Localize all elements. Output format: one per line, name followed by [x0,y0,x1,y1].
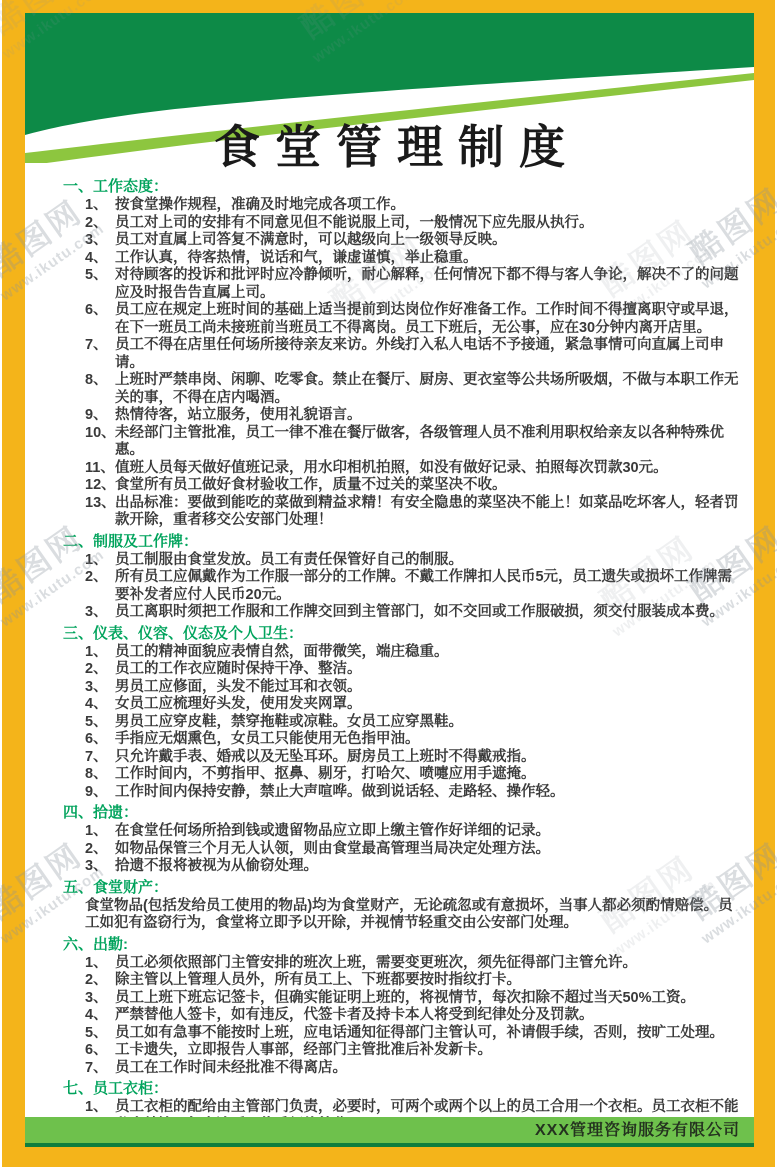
rule-item: 4、工作认真，待客热情，说话和气，谦虚谨慎，举止稳重。 [85,250,746,268]
rule-item-text: 员工应在规定上班时间的基础上适当提前到达岗位作好准备工作。工作时间不得擅离职守或… [115,302,739,336]
rule-item-text: 男员工应穿皮鞋，禁穿拖鞋或凉鞋。女员工应穿黑鞋。 [115,714,463,730]
rule-item-text: 按食堂操作规程，准确及时地完成各项工作。 [115,197,405,213]
rule-item-number: 7、 [85,337,108,355]
rule-item: 1、在食堂任何场所拾到钱或遗留物品应立即上缴主管作好详细的记录。 [85,823,746,841]
rule-item-text: 严禁替他人签卡，如有违反，代签卡者及持卡本人将受到纪律处分及罚款。 [115,1007,594,1023]
poster-header: 食堂管理制度 [25,13,754,175]
rule-item-text: 除主管以上管理人员外，所有员工上、下班都要按时指纹打卡。 [115,972,521,988]
rule-item-number: 2、 [85,972,108,990]
rule-item: 1、员工制服由食堂发放。员工有责任保管好自己的制服。 [85,552,746,570]
rule-item: 2、除主管以上管理人员外，所有员工上、下班都要按时指纹打卡。 [85,972,746,990]
rule-item: 1、员工衣柜的配给由主管部门负责，必要时，可两个或两个以上的员工合用一个衣柜。员… [85,1099,746,1117]
rule-item-text: 在食堂任何场所拾到钱或遗留物品应立即上缴主管作好详细的记录。 [115,823,550,839]
rule-item-text: 食堂所有员工做好食材验收工作，质量不过关的菜坚决不收。 [115,477,507,493]
rule-item-number: 10、 [85,425,116,443]
rule-item-number: 1、 [85,955,108,973]
rule-item-number: 13、 [85,495,116,513]
rule-item-text: 热情待客，站立服务，使用礼貌语言。 [115,407,362,423]
rule-item-number: 1、 [85,197,108,215]
rule-item-number: 6、 [85,731,108,749]
rule-item: 5、对待顾客的投诉和批评时应冷静倾听，耐心解释，任何情况下都不得与客人争论，解决… [85,267,746,302]
rule-item-number: 1、 [85,1099,108,1117]
rule-item-text: 工作时间内，不剪指甲、抠鼻、剔牙，打哈欠、喷嚏应用手遮掩。 [115,766,536,782]
rule-item: 6、手指应无烟熏色，女员工只能使用无色指甲油。 [85,731,746,749]
rule-item-number: 5、 [85,267,108,285]
rule-item-number: 7、 [85,749,108,767]
rule-item-text: 员工如有急事不能按时上班，应电话通知征得部门主管认可，补请假手续，否则，按旷工处… [115,1025,724,1041]
rule-item-number: 12、 [85,477,116,495]
rule-item-number: 2、 [85,841,108,859]
rule-item-number: 6、 [85,302,108,320]
section-heading: 二、制服及工作牌： [63,533,746,551]
rule-item: 3、员工上班下班忘记签卡，但确实能证明上班的，将视情节，每次扣除不超过当天50%… [85,990,746,1008]
rule-item-number: 5、 [85,714,108,732]
company-name: XXX管理咨询服务有限公司 [535,1122,740,1139]
rule-item-text: 对待顾客的投诉和批评时应冷静倾听，耐心解释，任何情况下都不得与客人争论，解决不了… [115,267,739,301]
rule-item-number: 8、 [85,372,108,390]
section-heading: 五、食堂财产： [63,879,746,897]
rule-item-number: 2、 [85,215,108,233]
rule-item-number: 9、 [85,407,108,425]
rule-item-text: 出品标准：要做到能吃的菜做到精益求精！有安全隐患的菜坚决不能上！如菜品吃坏客人，… [115,495,739,529]
rules-sections: 一、工作态度：1、按食堂操作规程，准确及时地完成各项工作。2、员工对上司的安排有… [25,178,754,1117]
rule-item: 4、严禁替他人签卡，如有违反，代签卡者及持卡本人将受到纪律处分及罚款。 [85,1007,746,1025]
rule-item-number: 3、 [85,858,108,876]
rule-item: 1、员工必须依照部门主管安排的班次上班，需要变更班次，须先征得部门主管允许。 [85,955,746,973]
rule-item: 9、工作时间内保持安静，禁止大声喧哗。做到说话轻、走路轻、操作轻。 [85,784,746,802]
rule-item-text: 男员工应修面，头发不能过耳和衣领。 [115,679,362,695]
section-heading: 六、出勤: [63,936,746,954]
rule-item: 9、热情待客，站立服务，使用礼貌语言。 [85,407,746,425]
rule-item-number: 4、 [85,1007,108,1025]
page-title: 食堂管理制度 [25,111,754,177]
rule-item: 3、员工对直属上司答复不满意时，可以越级向上一级领导反映。 [85,232,746,250]
rule-item: 4、女员工应梳理好头发，使用发夹网罩。 [85,696,746,714]
rule-item: 5、男员工应穿皮鞋，禁穿拖鞋或凉鞋。女员工应穿黑鞋。 [85,714,746,732]
rule-item: 5、员工如有急事不能按时上班，应电话通知征得部门主管认可，补请假手续，否则，按旷… [85,1025,746,1043]
rule-item-number: 2、 [85,661,108,679]
rule-item-number: 3、 [85,604,108,622]
rule-item-text: 只允许戴手表、婚戒以及无坠耳环。厨房员工上班时不得戴戒指。 [115,749,536,765]
rule-item-text: 值班人员每天做好值班记录，用水印相机拍照，如没有做好记录、拍照每次罚款30元。 [115,460,668,476]
rule-item: 2、所有员工应佩戴作为工作服一部分的工作牌。不戴工作牌扣人民币5元，员工遗失或损… [85,569,746,604]
rule-item-number: 3、 [85,990,108,1008]
rule-item-text: 女员工应梳理好头发，使用发夹网罩。 [115,696,362,712]
rule-item-text: 员工上班下班忘记签卡，但确实能证明上班的，将视情节，每次扣除不超过当天50%工资… [115,990,695,1006]
rule-item-text: 未经部门主管批准，员工一律不准在餐厅做客，各级管理人员不准利用职权给亲友以各种特… [115,425,724,459]
rule-item: 6、员工应在规定上班时间的基础上适当提前到达岗位作好准备工作。工作时间不得擅离职… [85,302,746,337]
rule-item-number: 4、 [85,696,108,714]
rule-item-number: 3、 [85,232,108,250]
rule-item-number: 5、 [85,1025,108,1043]
rule-item-text: 员工必须依照部门主管安排的班次上班，需要变更班次，须先征得部门主管允许。 [115,955,637,971]
rule-item: 7、只允许戴手表、婚戒以及无坠耳环。厨房员工上班时不得戴戒指。 [85,749,746,767]
rule-item: 3、男员工应修面，头发不能过耳和衣领。 [85,679,746,697]
rule-item-text: 拾遗不报将被视为从偷窃处理。 [115,858,318,874]
rule-item-text: 员工离职时须把工作服和工作牌交回到主管部门，如不交回或工作服破损，须交付服装成本… [115,604,724,620]
rule-item: 2、员工的工作衣应随时保持干净、整洁。 [85,661,746,679]
rule-item: 12、食堂所有员工做好食材验收工作，质量不过关的菜坚决不收。 [85,477,746,495]
rule-item: 7、员工不得在店里任何场所接待亲友来访。外线打入私人电话不予接通，紧急事情可向直… [85,337,746,372]
rule-item-text: 员工对上司的安排有不同意见但不能说服上司，一般情况下应先服从执行。 [115,215,594,231]
rule-item: 2、员工对上司的安排有不同意见但不能说服上司，一般情况下应先服从执行。 [85,215,746,233]
section-heading: 三、仪表、仪容、仪态及个人卫生： [63,625,746,643]
rule-item: 1、按食堂操作规程，准确及时地完成各项工作。 [85,197,746,215]
rule-item-text: 工卡遗失，立即报告人事部，经部门主管批准后补发新卡。 [115,1042,492,1058]
rule-item: 6、工卡遗失，立即报告人事部，经部门主管批准后补发新卡。 [85,1042,746,1060]
section-heading: 一、工作态度： [63,178,746,196]
section-paragraph: 食堂物品(包括发给员工使用的物品)均为食堂财产，无论疏忽或有意损坏，当事人都必须… [85,898,744,933]
rule-item-number: 6、 [85,1042,108,1060]
rule-item: 3、员工离职时须把工作服和工作牌交回到主管部门，如不交回或工作服破损，须交付服装… [85,604,746,622]
rule-item-number: 11、 [85,460,115,478]
rule-item-number: 2、 [85,569,108,587]
rule-item: 11、值班人员每天做好值班记录，用水印相机拍照，如没有做好记录、拍照每次罚款30… [85,460,746,478]
poster-frame: 食堂管理制度 一、工作态度：1、按食堂操作规程，准确及时地完成各项工作。2、员工… [2,0,775,1167]
rule-item: 8、工作时间内，不剪指甲、抠鼻、剔牙，打哈欠、喷嚏应用手遮掩。 [85,766,746,784]
rule-item-text: 员工的工作衣应随时保持干净、整洁。 [115,661,362,677]
section-heading: 七、员工衣柜： [63,1080,746,1098]
rule-item-text: 如物品保管三个月无人认领，则由食堂最高管理当局决定处理方法。 [115,841,550,857]
rule-item-text: 员工衣柜的配给由主管部门负责，必要时，可两个或两个以上的员工合用一个衣柜。员工衣… [115,1099,739,1117]
rule-item: 2、如物品保管三个月无人认领，则由食堂最高管理当局决定处理方法。 [85,841,746,859]
rule-item: 7、员工在工作时间未经批准不得离店。 [85,1060,746,1078]
rule-item-number: 1、 [85,552,108,570]
rule-item-text: 手指应无烟熏色，女员工只能使用无色指甲油。 [115,731,420,747]
rule-item: 1、员工的精神面貌应表情自然，面带微笑，端庄稳重。 [85,644,746,662]
rule-item-text: 员工在工作时间未经批准不得离店。 [115,1060,347,1076]
section-heading: 四、拾遗： [63,804,746,822]
rule-item-number: 3、 [85,679,108,697]
rule-item-number: 1、 [85,823,108,841]
rule-item-text: 员工不得在店里任何场所接待亲友来访。外线打入私人电话不予接通，紧急事情可向直属上… [115,337,724,371]
rule-item-text: 工作时间内保持安静，禁止大声喧哗。做到说话轻、走路轻、操作轻。 [115,784,565,800]
rule-item: 13、出品标准：要做到能吃的菜做到精益求精！有安全隐患的菜坚决不能上！如菜品吃坏… [85,495,746,530]
rule-item-text: 员工对直属上司答复不满意时，可以越级向上一级领导反映。 [115,232,507,248]
rule-item-text: 所有员工应佩戴作为工作服一部分的工作牌。不戴工作牌扣人民币5元，员工遗失或损坏工… [115,569,732,603]
rule-item-number: 1、 [85,644,108,662]
rule-item-text: 工作认真，待客热情，说话和气，谦虚谨慎，举止稳重。 [115,250,478,266]
rule-item-text: 上班时严禁串岗、闲聊、吃零食。禁止在餐厅、厨房、更衣室等公共场所吸烟，不做与本职… [115,372,739,406]
rule-item-number: 4、 [85,250,108,268]
rule-item: 10、未经部门主管批准，员工一律不准在餐厅做客，各级管理人员不准利用职权给亲友以… [85,425,746,460]
rule-item-text: 员工制服由食堂发放。员工有责任保管好自己的制服。 [115,552,463,568]
rule-item: 8、上班时严禁串岗、闲聊、吃零食。禁止在餐厅、厨房、更衣室等公共场所吸烟，不做与… [85,372,746,407]
rule-item-number: 8、 [85,766,108,784]
poster-body: 食堂管理制度 一、工作态度：1、按食堂操作规程，准确及时地完成各项工作。2、员工… [25,13,754,1117]
footer-bar: XXX管理咨询服务有限公司 [25,1117,754,1147]
rule-item-text: 员工的精神面貌应表情自然，面带微笑，端庄稳重。 [115,644,449,660]
rule-item-number: 9、 [85,784,108,802]
rule-item-number: 7、 [85,1060,108,1078]
rule-item: 3、拾遗不报将被视为从偷窃处理。 [85,858,746,876]
